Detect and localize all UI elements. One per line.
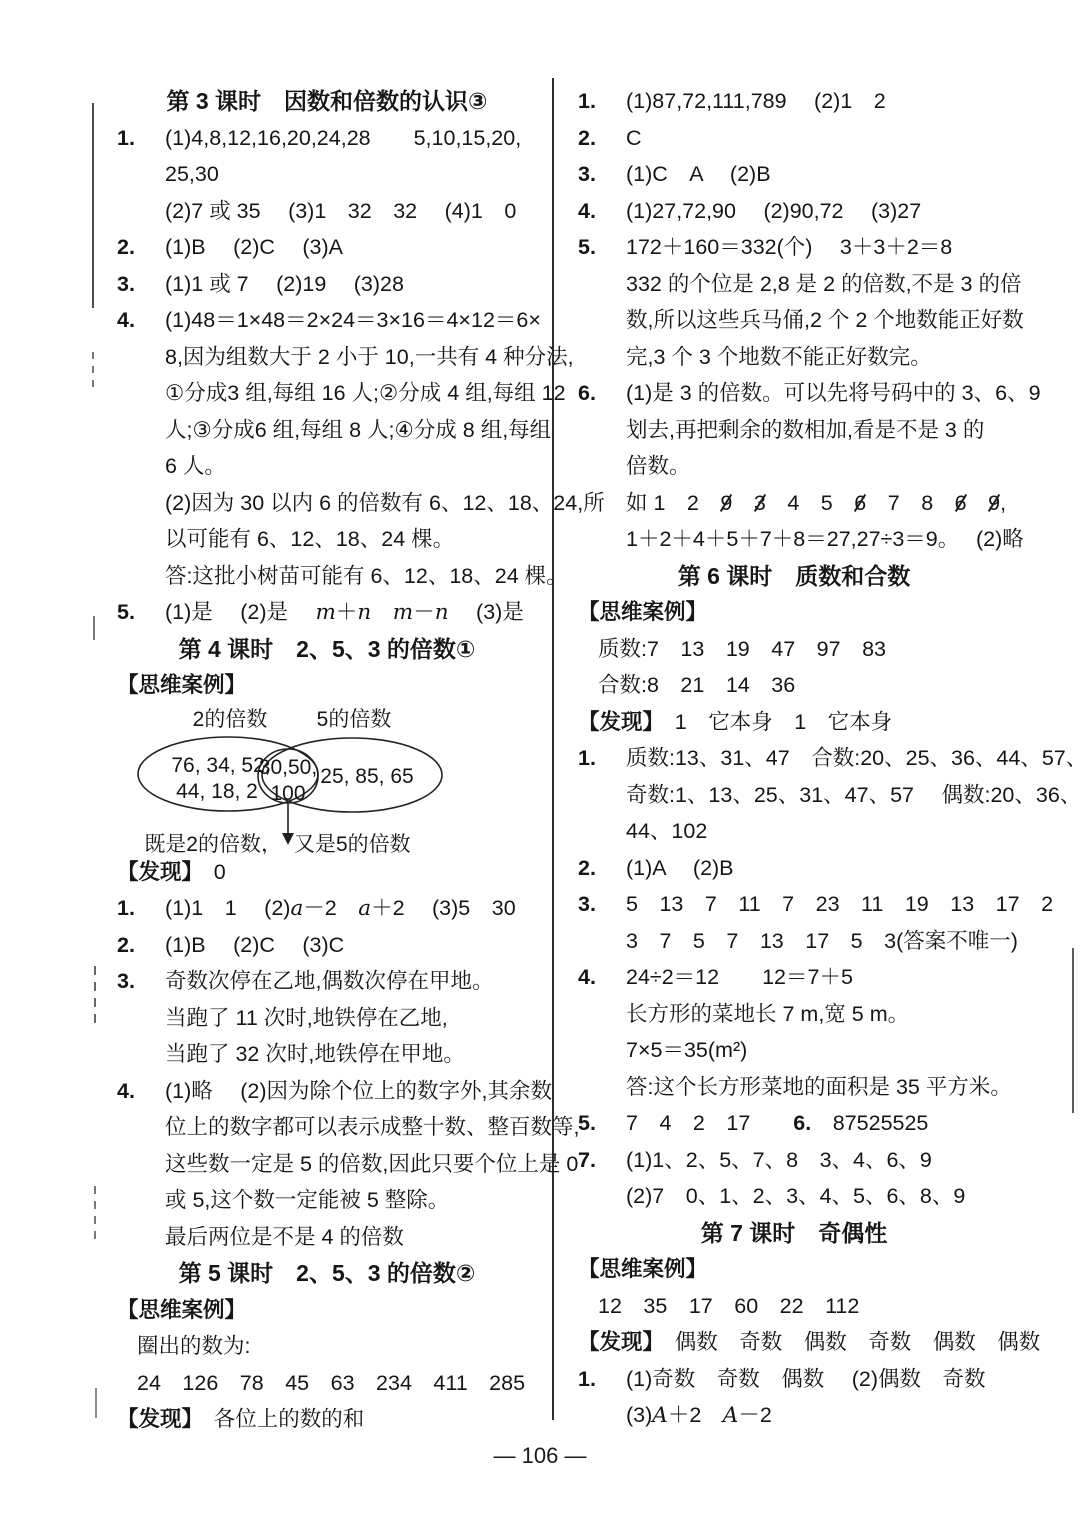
venn-intersection-values: 100 (270, 782, 305, 805)
answer-line: 172＋160＝332(个) 3＋3＋2＝8 (626, 229, 1010, 266)
text-segment: (1)B (2)C (3)C (165, 933, 344, 957)
answer-line: 1＋2＋4＋5＋7＋8＝27,27÷3＝9。 (2)略 (626, 521, 1010, 558)
answer-line: (1)略 (2)因为除个位上的数字外,其余数 (165, 1073, 537, 1110)
item-text: 24÷2＝12 12＝7＋5长方形的菜地长 7 m,宽 5 m。7×5＝35(m… (626, 959, 1010, 1105)
text-segment: 完,3 个 3 个地数不能正好数完。 (626, 345, 932, 369)
item-number: 1. (578, 1361, 626, 1398)
item-number: 3. (578, 156, 626, 193)
bold-label: 【思维案例】 (117, 673, 246, 697)
item-text: 7 4 2 17 6. 87525525 (626, 1105, 1010, 1142)
text-segment: ①分成3 组,每组 16 人;②分成 4 组,每组 12 (165, 381, 566, 405)
answer-item: 4.24÷2＝12 12＝7＋5长方形的菜地长 7 m,宽 5 m。7×5＝35… (578, 959, 1010, 1105)
answer-line: 7×5＝35(m²) (626, 1032, 1010, 1069)
item-number: 4. (578, 193, 626, 230)
text-segment: 7 8 (866, 491, 954, 515)
answer-item: 1.(1)4,8,12,16,20,24,28 5,10,15,20,25,30… (117, 120, 537, 230)
text-segment: 1 它本身 1 它本身 (653, 710, 892, 734)
answer-line: 位上的数字都可以表示成整十数、整百数等, (165, 1109, 537, 1146)
text-segment: 长方形的菜地长 7 m,宽 5 m。 (626, 1002, 909, 1026)
answer-item: 2.C (578, 120, 1010, 157)
answer-line: 24 126 78 45 63 234 411 285 (137, 1365, 537, 1402)
venn-caption: 既是2的倍数， (144, 833, 282, 854)
item-number: 1. (578, 740, 626, 777)
answer-line: 【思维案例】 (578, 594, 1010, 631)
answer-line: 完,3 个 3 个地数不能正好数完。 (626, 339, 1010, 376)
item-number: 5. (117, 594, 165, 631)
answer-line: 25,30 (165, 156, 537, 193)
item-text: (1)27,72,90 (2)90,72 (3)27 (626, 193, 1010, 230)
answer-line: 数,所以这些兵马俑,2 个 2 个地数能正好数 (626, 302, 1010, 339)
venn-right-set-label: 5的倍数 (317, 708, 392, 731)
left-column: 第 3 课时 因数和倍数的认识③1.(1)4,8,12,16,20,24,28 … (117, 83, 537, 1438)
item-text: (1)C A (2)B (626, 156, 1010, 193)
answer-item: 3.(1)1 或 7 (2)19 (3)28 (117, 266, 537, 303)
answer-line: 如 1 2 9 3 4 5 6 7 8 6 9, (626, 485, 1010, 522)
answer-line: 【发现】 各位上的数的和 (117, 1401, 537, 1438)
math-variable: m (393, 600, 413, 625)
answer-item: 2.(1)A (2)B (578, 850, 1010, 887)
paragraph: 【思维案例】 (578, 594, 1010, 631)
item-text: (1)是 (2)是 m＋n m－n (3)是 (165, 594, 537, 631)
answer-line: (1)A (2)B (626, 850, 1010, 887)
section-heading: 第 4 课时 2、5、3 的倍数① (117, 631, 537, 668)
text-segment: (1)A (2)B (626, 856, 734, 880)
item-text: 质数:13、31、47 合数:20、25、36、44、57、102奇数:1、13… (626, 740, 1010, 850)
venn-left-set-label: 2的倍数 (193, 708, 268, 731)
text-segment: 人;③分成6 组,每组 8 人;④分成 8 组,每组 (165, 418, 551, 442)
answer-line: 当跑了 32 次时,地铁停在甲地。 (165, 1036, 537, 1073)
text-segment: 4 5 (766, 491, 854, 515)
answer-line: 答:这批小树苗可能有 6、12、18、24 棵。 (165, 558, 537, 595)
venn-intersection-values: 30,50, (259, 756, 317, 779)
struck-digit: 6 (955, 485, 967, 522)
text-segment: 7×5＝35(m²) (626, 1038, 747, 1062)
paragraph: 12 35 17 60 22 112 (578, 1288, 1010, 1325)
answer-line: 最后两位是不是 4 的倍数 (165, 1219, 537, 1256)
answer-line: (2)因为 30 以内 6 的倍数有 6、12、18、24,所 (165, 485, 537, 522)
text-segment: 44、102 (626, 819, 707, 843)
text-segment: 25,30 (165, 162, 219, 186)
scan-artifact (92, 352, 94, 394)
item-text: (1)略 (2)因为除个位上的数字外,其余数位上的数字都可以表示成整十数、整百数… (165, 1073, 537, 1256)
answer-line: C (626, 120, 1010, 157)
answer-line: 当跑了 11 次时,地铁停在乙地, (165, 1000, 537, 1037)
answer-item: 4.(1)27,72,90 (2)90,72 (3)27 (578, 193, 1010, 230)
answer-line: 划去,再把剩余的数相加,看是不是 3 的 (626, 412, 1010, 449)
item-number: 2. (578, 120, 626, 157)
answer-line: (1)1 1 (2)a－2 a＋2 (3)5 30 (165, 890, 537, 927)
workbook-answer-page: 第 3 课时 因数和倍数的认识③1.(1)4,8,12,16,20,24,28 … (0, 0, 1080, 1528)
item-number: 7. (578, 1142, 626, 1179)
answer-line: (3)A＋2 A－2 (626, 1397, 1010, 1434)
answer-line: (1)是 3 的倍数。可以先将号码中的 3、6、9 (626, 375, 1010, 412)
text-segment: (1)略 (2)因为除个位上的数字外,其余数 (165, 1079, 552, 1103)
text-segment: 答:这个长方形菜地的面积是 35 平方米。 (626, 1075, 1012, 1099)
answer-line: 24÷2＝12 12＝7＋5 (626, 959, 1010, 996)
scan-artifact (92, 103, 94, 308)
answer-line: 这些数一定是 5 的倍数,因此只要个位上是 0 (165, 1146, 537, 1183)
venn-caption: 又是5的倍数 (294, 833, 411, 854)
item-text: (1)B (2)C (3)C (165, 927, 537, 964)
text-segment: 奇数次停在乙地,偶数次停在甲地。 (165, 969, 493, 993)
text-segment: 以可能有 6、12、18、24 棵。 (165, 527, 454, 551)
text-segment: (1)C A (2)B (626, 162, 771, 186)
item-number: 1. (117, 120, 165, 157)
text-segment: 偶数 奇数 偶数 奇数 偶数 偶数 (653, 1330, 1040, 1354)
right-column: 1.(1)87,72,111,789 (2)1 22.C3.(1)C A (2)… (578, 83, 1010, 1434)
math-variable: A (723, 1403, 739, 1428)
text-segment: (1)27,72,90 (2)90,72 (3)27 (626, 199, 921, 223)
column-divider (552, 78, 554, 1420)
text-segment: 质数:13、31、47 合数:20、25、36、44、57、102 (626, 746, 1080, 770)
answer-line: (1)1、2、5、7、8 3、4、6、9 (626, 1142, 1010, 1179)
text-segment: (3)是 (449, 600, 524, 624)
text-segment: 12 35 17 60 22 112 (598, 1294, 859, 1318)
item-number: 3. (578, 886, 626, 923)
item-number: 2. (578, 850, 626, 887)
answer-item: 1.(1)1 1 (2)a－2 a＋2 (3)5 30 (117, 890, 537, 927)
item-number: 5. (578, 1105, 626, 1142)
math-variable: a (290, 896, 303, 921)
answer-line: 5 13 7 11 7 23 11 19 13 17 2 (626, 886, 1010, 923)
text-segment: 当跑了 11 次时,地铁停在乙地, (165, 1006, 448, 1030)
item-text: (1)1 1 (2)a－2 a＋2 (3)5 30 (165, 890, 537, 927)
item-text: (1)B (2)C (3)A (165, 229, 537, 266)
text-segment: 数,所以这些兵马俑,2 个 2 个地数能正好数 (626, 308, 1024, 332)
text-segment: 332 的个位是 2,8 是 2 的倍数,不是 3 的倍 (626, 272, 1021, 296)
text-segment: (1)48＝1×48＝2×24＝3×16＝4×12＝6× (165, 308, 541, 332)
answer-line: 8,因为组数大于 2 小于 10,一共有 4 种分法, (165, 339, 537, 376)
text-segment: 倍数。 (626, 454, 691, 478)
text-segment: 最后两位是不是 4 的倍数 (165, 1225, 404, 1249)
bold-label: 【思维案例】 (578, 1257, 707, 1281)
text-segment: 或 5,这个数一定能被 5 整除。 (165, 1188, 449, 1212)
text-segment: ＋2 (668, 1403, 723, 1427)
text-segment: －2 (738, 1403, 771, 1427)
venn-arrowhead (282, 833, 294, 845)
text-segment: 0 (192, 860, 225, 884)
answer-line: 以可能有 6、12、18、24 棵。 (165, 521, 537, 558)
answer-line: 答:这个长方形菜地的面积是 35 平方米。 (626, 1069, 1010, 1106)
text-segment: 5 13 7 11 7 23 11 19 13 17 2 (626, 892, 1053, 916)
answer-item: 3.奇数次停在乙地,偶数次停在甲地。当跑了 11 次时,地铁停在乙地,当跑了 3… (117, 963, 537, 1073)
paragraph: 【发现】 0 (117, 854, 537, 891)
section-heading: 第 6 课时 质数和合数 (578, 558, 1010, 595)
text-segment: 24÷2＝12 12＝7＋5 (626, 965, 853, 989)
answer-line: (1)48＝1×48＝2×24＝3×16＝4×12＝6× (165, 302, 537, 339)
scan-artifact (94, 966, 96, 1026)
text-segment: (2)因为 30 以内 6 的倍数有 6、12、18、24,所 (165, 491, 605, 515)
text-segment: 位上的数字都可以表示成整十数、整百数等, (165, 1115, 579, 1139)
answer-line: (1)27,72,90 (2)90,72 (3)27 (626, 193, 1010, 230)
item-number: 2. (117, 229, 165, 266)
answer-line: 【思维案例】 (117, 1292, 537, 1329)
struck-digit: 6 (854, 485, 866, 522)
text-segment: (3) (626, 1403, 652, 1427)
bold-label: 【发现】 (117, 860, 192, 884)
paragraph: 【思维案例】 (117, 667, 537, 704)
text-segment: (1)1 或 7 (2)19 (3)28 (165, 272, 404, 296)
text-segment: 8,因为组数大于 2 小于 10,一共有 4 种分法, (165, 345, 574, 369)
answer-line: 44、102 (626, 813, 1010, 850)
answer-item: 1.质数:13、31、47 合数:20、25、36、44、57、102奇数:1、… (578, 740, 1010, 850)
page-number: — 106 — (0, 1437, 1080, 1474)
text-segment: 各位上的数的和 (192, 1407, 364, 1431)
answer-line: (1)奇数 奇数 偶数 (2)偶数 奇数 (626, 1361, 1010, 1398)
struck-digit: 9 (720, 485, 732, 522)
bold-label: 【思维案例】 (117, 1298, 246, 1322)
math-variable: A (652, 1403, 668, 1428)
paragraph: 【发现】 各位上的数的和 (117, 1401, 537, 1438)
item-number: 6. (578, 375, 626, 412)
text-segment: , (1000, 491, 1006, 515)
text-segment: 如 1 2 (626, 491, 720, 515)
answer-line: 长方形的菜地长 7 m,宽 5 m。 (626, 996, 1010, 1033)
item-text: 172＋160＝332(个) 3＋3＋2＝8332 的个位是 2,8 是 2 的… (626, 229, 1010, 375)
text-segment: 1＋2＋4＋5＋7＋8＝27,27÷3＝9。 (2)略 (626, 527, 1024, 551)
item-text: 5 13 7 11 7 23 11 19 13 17 23 7 5 7 13 1… (626, 886, 1010, 959)
text-segment: 奇数:1、13、25、31、47、57 偶数:20、36、 (626, 783, 1080, 807)
scan-artifact (95, 1388, 97, 1418)
item-number: 4. (578, 959, 626, 996)
math-variable: n (357, 600, 371, 625)
answer-line: (1)B (2)C (3)C (165, 927, 537, 964)
item-number: 1. (117, 890, 165, 927)
paragraph: 圈出的数为: (117, 1328, 537, 1365)
venn-left-set-values: 44, 18, 2 (176, 780, 258, 803)
item-text: (1)1 或 7 (2)19 (3)28 (165, 266, 537, 303)
item-text: (1)是 3 的倍数。可以先将号码中的 3、6、9划去,再把剩余的数相加,看是不… (626, 375, 1010, 558)
bold-label: 【发现】 (117, 1407, 192, 1431)
text-segment (732, 491, 754, 515)
answer-item: 1.(1)87,72,111,789 (2)1 2 (578, 83, 1010, 120)
text-segment: (1)B (2)C (3)A (165, 235, 343, 259)
section-heading: 第 5 课时 2、5、3 的倍数② (117, 1255, 537, 1292)
paragraph: 【发现】 1 它本身 1 它本身 (578, 704, 1010, 741)
answer-line: (1)C A (2)B (626, 156, 1010, 193)
item-text: (1)87,72,111,789 (2)1 2 (626, 83, 1010, 120)
answer-line: 圈出的数为: (137, 1328, 537, 1365)
answer-line: 【思维案例】 (578, 1251, 1010, 1288)
answer-line: 质数:7 13 19 47 97 83 (598, 631, 1010, 668)
text-segment: 6 人。 (165, 454, 226, 478)
text-segment: 24 126 78 45 63 234 411 285 (137, 1371, 525, 1395)
struck-digit: 9 (988, 485, 1000, 522)
scan-artifact (1072, 948, 1074, 1113)
text-segment: (1)87,72,111,789 (2)1 2 (626, 89, 886, 113)
text-segment: C (626, 126, 642, 150)
bold-label: 【发现】 (578, 710, 653, 734)
item-number: 5. (578, 229, 626, 266)
answer-line: 倍数。 (626, 448, 1010, 485)
text-segment (371, 600, 393, 624)
text-segment: 合数:8 21 14 36 (598, 673, 795, 697)
answer-line: 332 的个位是 2,8 是 2 的倍数,不是 3 的倍 (626, 266, 1010, 303)
math-variable: n (435, 600, 449, 625)
answer-line: 【发现】 偶数 奇数 偶数 奇数 偶数 偶数 (578, 1324, 1010, 1361)
answer-item: 5.(1)是 (2)是 m＋n m－n (3)是 (117, 594, 537, 631)
item-number: 1. (578, 83, 626, 120)
answer-line: (2)7 或 35 (3)1 32 32 (4)1 0 (165, 193, 537, 230)
text-segment (967, 491, 989, 515)
answer-line: 【发现】 0 (117, 854, 537, 891)
venn-right-set-values: 25, 85, 65 (320, 765, 413, 788)
text-segment: (2)7 或 35 (3)1 32 32 (4)1 0 (165, 199, 516, 223)
text-segment: (1)是 (2)是 (165, 600, 316, 624)
text-segment: 3 7 5 7 13 17 5 3(答案不唯一) (626, 929, 1018, 953)
answer-item: 2.(1)B (2)C (3)A (117, 229, 537, 266)
text-segment: ＋2 (3)5 30 (371, 896, 516, 920)
answer-item: 3.(1)C A (2)B (578, 156, 1010, 193)
answer-line: 7 4 2 17 6. 87525525 (626, 1105, 1010, 1142)
answer-line: 质数:13、31、47 合数:20、25、36、44、57、102 (626, 740, 1010, 777)
answer-line: (1)B (2)C (3)A (165, 229, 537, 266)
bold-label: 【思维案例】 (578, 600, 707, 624)
text-segment: 当跑了 32 次时,地铁停在甲地。 (165, 1042, 465, 1066)
paragraph: 质数:7 13 19 47 97 83合数:8 21 14 36 (578, 631, 1010, 704)
answer-item: 5.172＋160＝332(个) 3＋3＋2＝8332 的个位是 2,8 是 2… (578, 229, 1010, 375)
item-number: 3. (117, 963, 165, 1000)
text-segment: (1)4,8,12,16,20,24,28 5,10,15,20, (165, 126, 521, 150)
text-segment: 172＋160＝332(个) 3＋3＋2＝8 (626, 235, 952, 259)
math-variable: m (316, 600, 336, 625)
paragraph: 【思维案例】 (578, 1251, 1010, 1288)
answer-item: 4.(1)48＝1×48＝2×24＝3×16＝4×12＝6×8,因为组数大于 2… (117, 302, 537, 594)
item-text: (1)奇数 奇数 偶数 (2)偶数 奇数(3)A＋2 A－2 (626, 1361, 1010, 1434)
answer-item: 4.(1)略 (2)因为除个位上的数字外,其余数位上的数字都可以表示成整十数、整… (117, 1073, 537, 1256)
item-text: (1)4,8,12,16,20,24,28 5,10,15,20,25,30(2… (165, 120, 537, 230)
item-number: 3. (117, 266, 165, 303)
paragraph: 24 126 78 45 63 234 411 285 (117, 1365, 537, 1402)
section-heading: 第 3 课时 因数和倍数的认识③ (117, 83, 537, 120)
bold-label: 【发现】 (578, 1330, 653, 1354)
answer-line: (1)87,72,111,789 (2)1 2 (626, 83, 1010, 120)
text-segment: (1)1 1 (2) (165, 896, 290, 920)
answer-line: 6 人。 (165, 448, 537, 485)
answer-item: 1.(1)奇数 奇数 偶数 (2)偶数 奇数(3)A＋2 A－2 (578, 1361, 1010, 1434)
text-segment: (2)7 0、1、2、3、4、5、6、8、9 (626, 1184, 965, 1208)
text-segment: 这些数一定是 5 的倍数,因此只要个位上是 0 (165, 1152, 578, 1176)
answer-item: 3.5 13 7 11 7 23 11 19 13 17 23 7 5 7 13… (578, 886, 1010, 959)
venn-diagram: 2的倍数5的倍数76, 34, 52,44, 18, 230,50,10025,… (117, 704, 537, 854)
answer-line: (1)是 (2)是 m＋n m－n (3)是 (165, 594, 537, 631)
answer-line: 人;③分成6 组,每组 8 人;④分成 8 组,每组 (165, 412, 537, 449)
text-segment: (1)是 3 的倍数。可以先将号码中的 3、6、9 (626, 381, 1041, 405)
answer-line: 【发现】 1 它本身 1 它本身 (578, 704, 1010, 741)
text-segment: (1)1、2、5、7、8 3、4、6、9 (626, 1148, 932, 1172)
item-number: 4. (117, 302, 165, 339)
scan-artifact (94, 1186, 96, 1246)
text-segment: 87525525 (811, 1111, 928, 1135)
answer-line: 12 35 17 60 22 112 (598, 1288, 1010, 1325)
answer-line: 奇数次停在乙地,偶数次停在甲地。 (165, 963, 537, 1000)
math-variable: a (358, 896, 371, 921)
struck-digit: 3 (754, 485, 766, 522)
answer-line: (1)4,8,12,16,20,24,28 5,10,15,20, (165, 120, 537, 157)
text-segment: 7 4 2 17 (626, 1111, 793, 1135)
item-text: (1)A (2)B (626, 850, 1010, 887)
answer-item: 6.(1)是 3 的倍数。可以先将号码中的 3、6、9划去,再把剩余的数相加,看… (578, 375, 1010, 558)
text-segment: －2 (303, 896, 358, 920)
answer-item: 2.(1)B (2)C (3)C (117, 927, 537, 964)
item-text: (1)1、2、5、7、8 3、4、6、9(2)7 0、1、2、3、4、5、6、8… (626, 1142, 1010, 1215)
answer-line: 【思维案例】 (117, 667, 537, 704)
venn-left-set-values: 76, 34, 52, (171, 754, 270, 777)
item-number: 2. (117, 927, 165, 964)
bold-label: 6. (793, 1111, 811, 1135)
scan-artifact (93, 616, 95, 640)
paragraph: 【思维案例】 (117, 1292, 537, 1329)
answer-line: 合数:8 21 14 36 (598, 667, 1010, 704)
answer-item: 5.7 4 2 17 6. 87525525 (578, 1105, 1010, 1142)
paragraph: 【发现】 偶数 奇数 偶数 奇数 偶数 偶数 (578, 1324, 1010, 1361)
section-heading: 第 7 课时 奇偶性 (578, 1215, 1010, 1252)
answer-line: 奇数:1、13、25、31、47、57 偶数:20、36、 (626, 777, 1010, 814)
text-segment: 质数:7 13 19 47 97 83 (598, 637, 886, 661)
item-text: 奇数次停在乙地,偶数次停在甲地。当跑了 11 次时,地铁停在乙地,当跑了 32 … (165, 963, 537, 1073)
text-segment: 划去,再把剩余的数相加,看是不是 3 的 (626, 418, 984, 442)
text-segment: 圈出的数为: (137, 1334, 250, 1358)
item-number: 4. (117, 1073, 165, 1110)
text-segment: (1)奇数 奇数 偶数 (2)偶数 奇数 (626, 1367, 986, 1391)
text-segment: 答:这批小树苗可能有 6、12、18、24 棵。 (165, 564, 568, 588)
answer-line: (2)7 0、1、2、3、4、5、6、8、9 (626, 1178, 1010, 1215)
text-segment: － (413, 600, 435, 624)
answer-line: 3 7 5 7 13 17 5 3(答案不唯一) (626, 923, 1010, 960)
item-text: C (626, 120, 1010, 157)
answer-line: ①分成3 组,每组 16 人;②分成 4 组,每组 12 (165, 375, 537, 412)
answer-line: (1)1 或 7 (2)19 (3)28 (165, 266, 537, 303)
item-text: (1)48＝1×48＝2×24＝3×16＝4×12＝6×8,因为组数大于 2 小… (165, 302, 537, 594)
answer-item: 7.(1)1、2、5、7、8 3、4、6、9(2)7 0、1、2、3、4、5、6… (578, 1142, 1010, 1215)
text-segment: ＋ (336, 600, 358, 624)
answer-line: 或 5,这个数一定能被 5 整除。 (165, 1182, 537, 1219)
